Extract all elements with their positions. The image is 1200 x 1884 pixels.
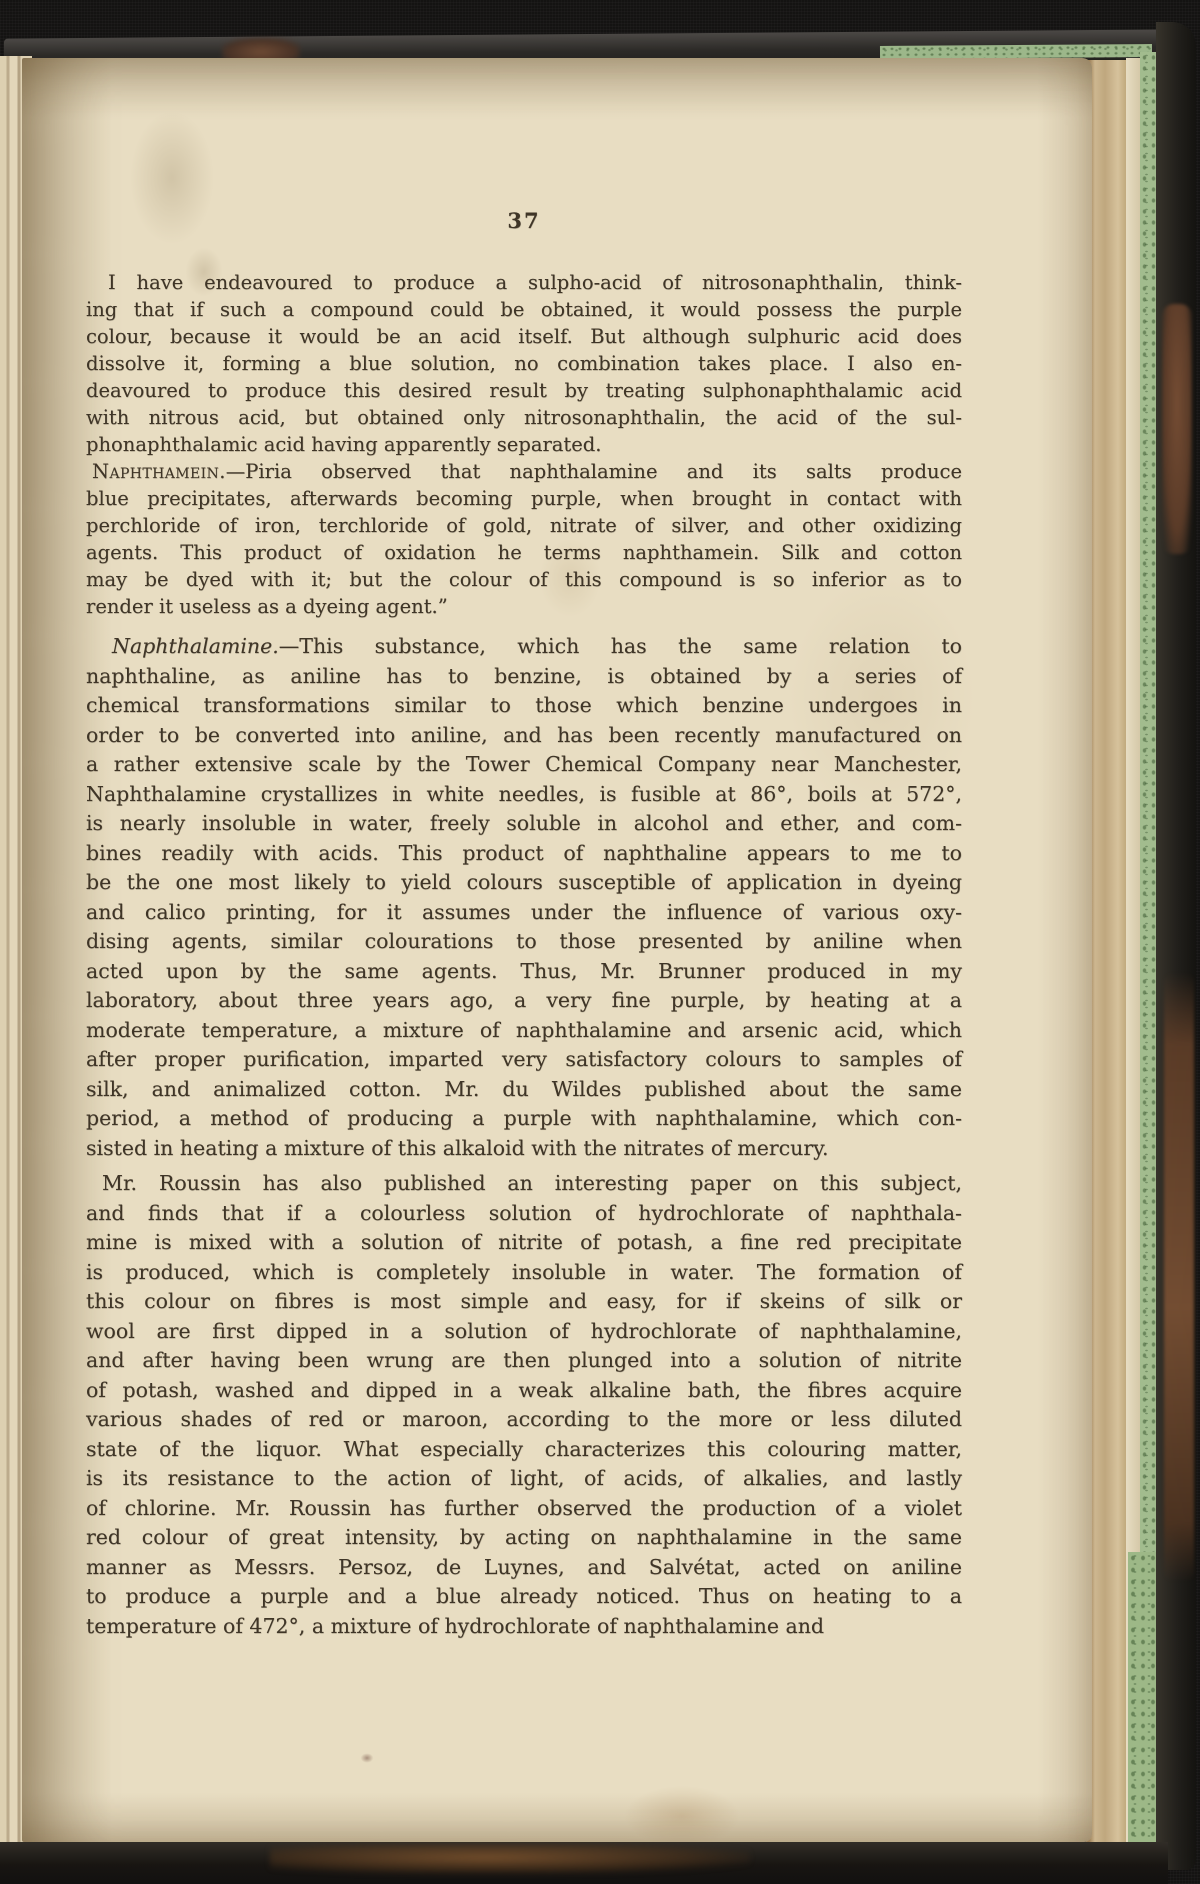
- text-line: is nearly insoluble in water, freely sol…: [86, 809, 962, 839]
- text-line: naphthaline, as aniline has to benzine, …: [86, 662, 962, 692]
- italic-lead-word: Naphthalamine.: [112, 634, 279, 658]
- text-line: red colour of great intensity, by acting…: [86, 1523, 962, 1553]
- paragraph-roussin: Mr. Roussin has also published an intere…: [86, 1169, 962, 1641]
- text-line: Naphthamein.—Piria observed that naphtha…: [86, 458, 962, 485]
- text-line: deavoured to produce this desired result…: [86, 377, 962, 404]
- text-line: with nitrous acid, but obtained only nit…: [86, 404, 962, 431]
- text-line: and finds that if a colourless solution …: [86, 1199, 962, 1229]
- text-line: Mr. Roussin has also published an intere…: [86, 1169, 962, 1199]
- paragraph-naphthalamine: Naphthalamine.—This substance, which has…: [86, 632, 962, 1163]
- book-cover-right-edge: [1156, 22, 1196, 1870]
- leather-wear-patch-lower: [1164, 972, 1194, 1582]
- text-line: acted upon by the same agents. Thus, Mr.…: [86, 957, 962, 987]
- text-line: bines readily with acids. This product o…: [86, 839, 962, 869]
- text-line: render it useless as a dyeing agent.”: [86, 593, 962, 620]
- text-line: manner as Messrs. Persoz, de Luynes, and…: [86, 1553, 962, 1583]
- text-line: dissolve it, forming a blue solution, no…: [86, 350, 962, 377]
- page-text: 37 I have endeavoured to produce a sulph…: [86, 208, 962, 1641]
- text-line: chemical transformations similar to thos…: [86, 691, 962, 721]
- text-line: sisted in heating a mixture of this alka…: [86, 1134, 962, 1164]
- text-line: colour, because it would be an acid itse…: [86, 323, 962, 350]
- text-line: state of the liquor. What especially cha…: [86, 1435, 962, 1465]
- text-line: temperature of 472°, a mixture of hydroc…: [86, 1612, 962, 1642]
- text-line: I have endeavoured to produce a sulpho-a…: [86, 269, 962, 296]
- text-line: wool are first dipped in a solution of h…: [86, 1317, 962, 1347]
- text-line: period, a method of producing a purple w…: [86, 1104, 962, 1134]
- paragraph-sulpho-acid: I have endeavoured to produce a sulpho-a…: [86, 269, 962, 458]
- book-page: 37 I have endeavoured to produce a sulph…: [22, 58, 1092, 1842]
- text-line: be the one most likely to yield colours …: [86, 868, 962, 898]
- text-line: perchloride of iron, terchloride of gold…: [86, 512, 962, 539]
- text-line: and calico printing, for it assumes unde…: [86, 898, 962, 928]
- book-cover-bottom-edge: [0, 1842, 1168, 1884]
- text-line: moderate temperature, a mixture of napht…: [86, 1016, 962, 1046]
- text-segment: —Piria observed that naphthalamine and i…: [226, 460, 962, 483]
- text-line: is its resistance to the action of light…: [86, 1464, 962, 1494]
- text-line: agents. This product of oxidation he ter…: [86, 539, 962, 566]
- photo-of-book-page: 37 I have endeavoured to produce a sulph…: [0, 0, 1200, 1884]
- page-fore-edge: [1086, 60, 1128, 1842]
- text-line: is produced, which is completely insolub…: [86, 1258, 962, 1288]
- text-line: after proper purification, imparted very…: [86, 1045, 962, 1075]
- text-line: order to be converted into aniline, and …: [86, 721, 962, 751]
- text-line: phonaphthalamic acid having apparently s…: [86, 431, 962, 458]
- smallcaps-lead-word: Naphthamein.: [92, 460, 226, 483]
- text-line: laboratory, about three years ago, a ver…: [86, 986, 962, 1016]
- paragraph-naphthamein: Naphthamein.—Piria observed that naphtha…: [86, 458, 962, 620]
- text-line: and after having been wrung are then plu…: [86, 1346, 962, 1376]
- text-line: Naphthalamine.—This substance, which has…: [86, 632, 962, 662]
- page-number: 37: [86, 208, 962, 233]
- text-segment: —This substance, which has the same rela…: [279, 634, 962, 658]
- leather-wear-patch-upper: [1162, 304, 1192, 554]
- text-line: various shades of red or maroon, accordi…: [86, 1405, 962, 1435]
- cover-stain-bottom: [270, 1844, 750, 1874]
- text-line: ing that if such a compound could be obt…: [86, 296, 962, 323]
- text-line: this colour on fibres is most simple and…: [86, 1287, 962, 1317]
- text-line: dising agents, similar colourations to t…: [86, 927, 962, 957]
- text-line: a rather extensive scale by the Tower Ch…: [86, 750, 962, 780]
- text-line: mine is mixed with a solution of nitrite…: [86, 1228, 962, 1258]
- text-line: may be dyed with it; but the colour of t…: [86, 566, 962, 593]
- text-line: Naphthalamine crystallizes in white need…: [86, 780, 962, 810]
- marbled-endpaper-top-strip: [880, 44, 1152, 59]
- text-line: silk, and animalized cotton. Mr. du Wild…: [86, 1075, 962, 1105]
- text-line: of potash, washed and dipped in a weak a…: [86, 1376, 962, 1406]
- text-line: blue precipitates, afterwards becoming p…: [86, 485, 962, 512]
- text-line: of chlorine. Mr. Roussin has further obs…: [86, 1494, 962, 1524]
- text-line: to produce a purple and a blue already n…: [86, 1582, 962, 1612]
